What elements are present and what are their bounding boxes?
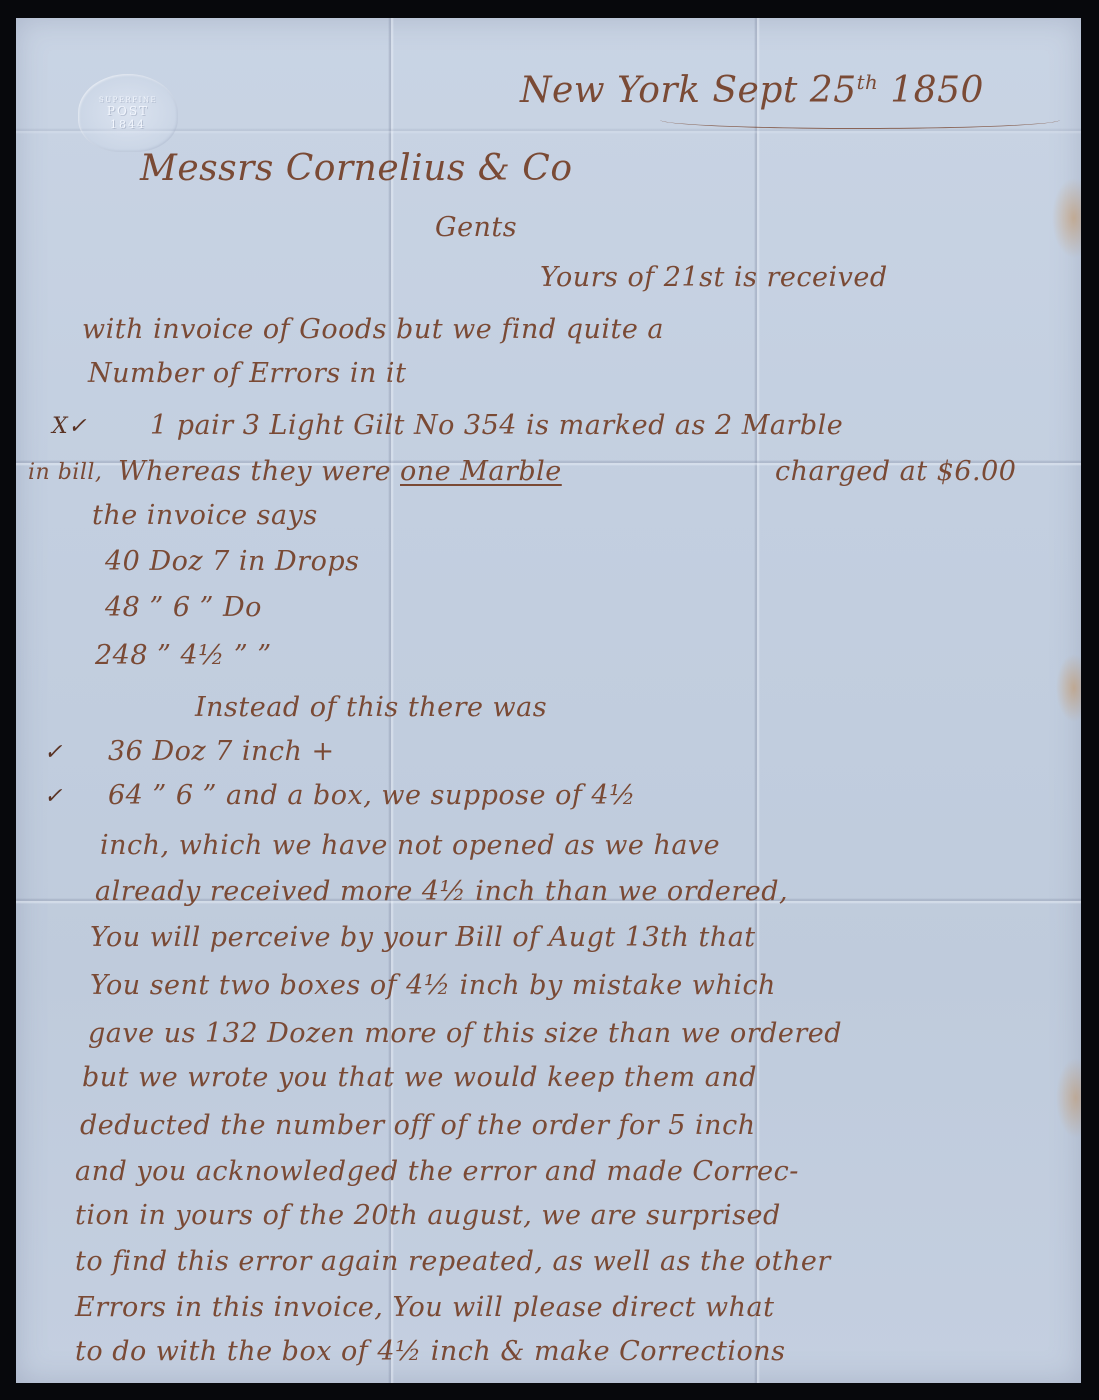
dateline-day: 25	[810, 70, 857, 111]
body-line: You will perceive by your Bill of Augt 1…	[90, 922, 756, 953]
body-line: Instead of this there was	[195, 692, 547, 723]
body-line: charged at $6.00	[775, 456, 1016, 487]
invoice-item: 40 Doz 7 in Drops	[105, 546, 359, 577]
margin-check-mark: X✓	[52, 414, 87, 439]
emboss-line-1: SUPERFINE	[99, 96, 157, 104]
invoice-item: 248 ” 4½ ” ”	[95, 640, 272, 671]
body-line: but we wrote you that we would keep them…	[82, 1062, 757, 1093]
body-line: You sent two boxes of 4½ inch by mistake…	[90, 970, 776, 1001]
underlined-phrase: one Marble	[400, 456, 562, 487]
body-line: the invoice says	[92, 500, 318, 531]
greeting: Gents	[435, 212, 517, 243]
received-item: 64 ” 6 ” and a box, we suppose of 4½	[108, 780, 636, 811]
dateline-month: Sept	[712, 70, 797, 111]
body-line: Yours of 21st is received	[540, 262, 888, 293]
embossed-post-stamp: SUPERFINE POST 1844	[78, 74, 178, 152]
body-line: Whereas they were	[118, 456, 391, 487]
body-line: to find this error again repeated, as we…	[75, 1246, 831, 1277]
body-line: Errors in this invoice, You will please …	[75, 1292, 775, 1323]
received-item: 36 Doz 7 inch +	[108, 736, 335, 767]
body-line: already received more 4½ inch than we or…	[95, 876, 788, 907]
margin-check-mark: ✓	[44, 740, 63, 765]
dateline-place: New York	[520, 70, 700, 111]
invoice-item: 48 ” 6 ” Do	[105, 592, 262, 623]
body-line: with invoice of Goods but we find quite …	[82, 314, 664, 345]
margin-note: in bill,	[28, 460, 102, 485]
margin-check-mark: ✓	[44, 784, 63, 809]
emboss-line-2: POST	[107, 104, 149, 118]
body-line: Number of Errors in it	[88, 358, 406, 389]
body-line: deducted the number off of the order for…	[80, 1110, 756, 1141]
addressee: Messrs Cornelius & Co	[140, 148, 573, 189]
letter-dateline: New York Sept 25th 1850	[520, 70, 984, 111]
body-line: to do with the box of 4½ inch & make Cor…	[75, 1336, 785, 1367]
emboss-line-3: 1844	[110, 118, 146, 131]
dateline-year: 1850	[890, 70, 984, 111]
body-line: gave us 132 Dozen more of this size than…	[88, 1018, 842, 1049]
body-line: tion in yours of the 20th august, we are…	[75, 1200, 781, 1231]
body-line: and you acknowledged the error and made …	[75, 1156, 799, 1187]
body-line: inch, which we have not opened as we hav…	[100, 830, 720, 861]
dateline-day-suffix: th	[857, 71, 879, 94]
body-line: 1 pair 3 Light Gilt No 354 is marked as …	[150, 410, 843, 441]
